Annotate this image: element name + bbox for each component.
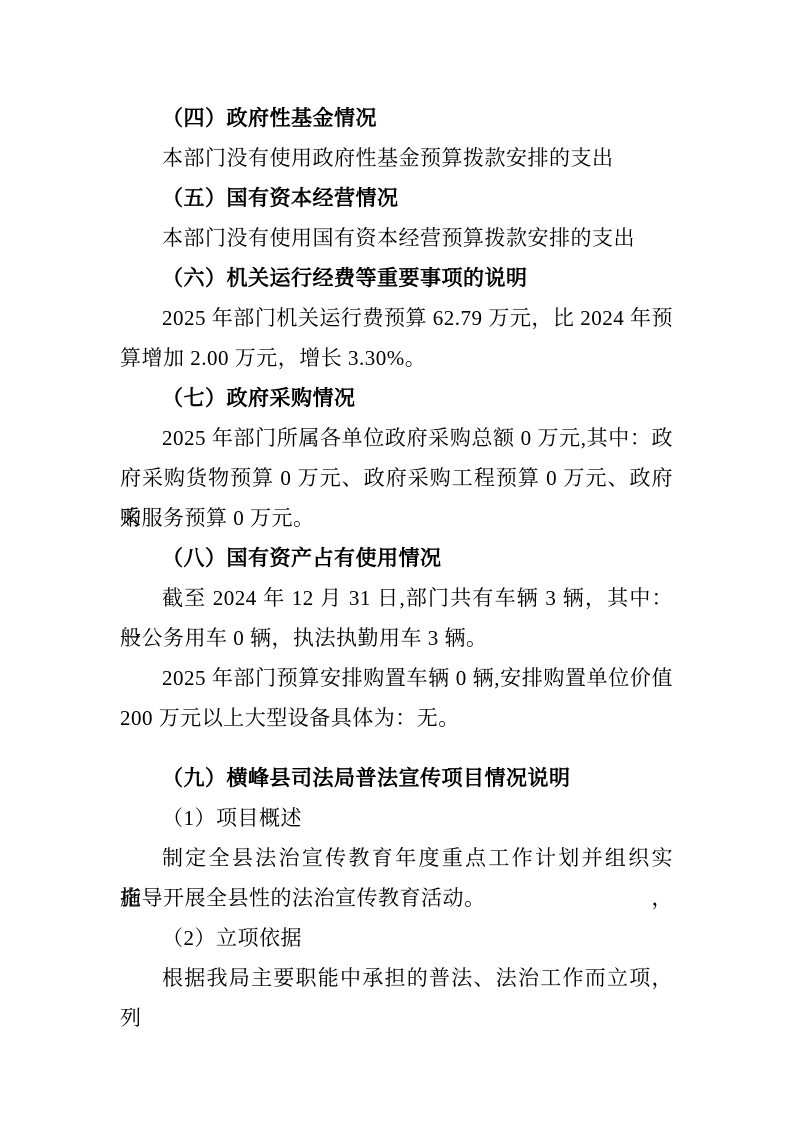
body-line: 2025 年部门预算安排购置车辆 0 辆,安排购置单位价值 [120, 658, 673, 698]
body-line: 般公务用车 0 辆，执法执勤用车 3 辆。 [120, 618, 673, 658]
body-line: 根据我局主要职能中承担的普法、法治工作而立项，列 [120, 958, 673, 998]
subsection-heading-1: （1）项目概述 [120, 798, 673, 838]
body-line: 2025 年部门机关运行费预算 62.79 万元，比 2024 年预 [120, 298, 673, 338]
document-page: （四）政府性基金情况 本部门没有使用政府性基金预算拨款安排的支出 （五）国有资本… [0, 0, 793, 1122]
body-line: 本部门没有使用政府性基金预算拨款安排的支出 [120, 138, 673, 178]
body-line: 200 万元以上大型设备具体为：无。 [120, 698, 673, 738]
subsection-heading-2: （2）立项依据 [120, 918, 673, 958]
section-heading-4: （四）政府性基金情况 [120, 98, 673, 138]
body-line: 算增加 2.00 万元，增长 3.30%。 [120, 338, 673, 378]
body-line: 购服务预算 0 万元。 [120, 498, 673, 538]
section-heading-9: （九）横峰县司法局普法宣传项目情况说明 [120, 758, 673, 798]
section-heading-8: （八）国有资产占有使用情况 [120, 538, 673, 578]
section-heading-6: （六）机关运行经费等重要事项的说明 [120, 258, 673, 298]
body-line: 截至 2024 年 12 月 31 日,部门共有车辆 3 辆，其中：一 [120, 578, 673, 618]
body-line: 2025 年部门所属各单位政府采购总额 0 万元,其中：政 [120, 418, 673, 458]
section-heading-5: （五）国有资本经营情况 [120, 178, 673, 218]
body-line: 制定全县法治宣传教育年度重点工作计划并组织实施， [120, 838, 673, 878]
section-heading-7: （七）政府采购情况 [120, 378, 673, 418]
body-line: 本部门没有使用国有资本经营预算拨款安排的支出 [120, 218, 673, 258]
body-line: 府采购货物预算 0 万元、政府采购工程预算 0 万元、政府采 [120, 458, 673, 498]
